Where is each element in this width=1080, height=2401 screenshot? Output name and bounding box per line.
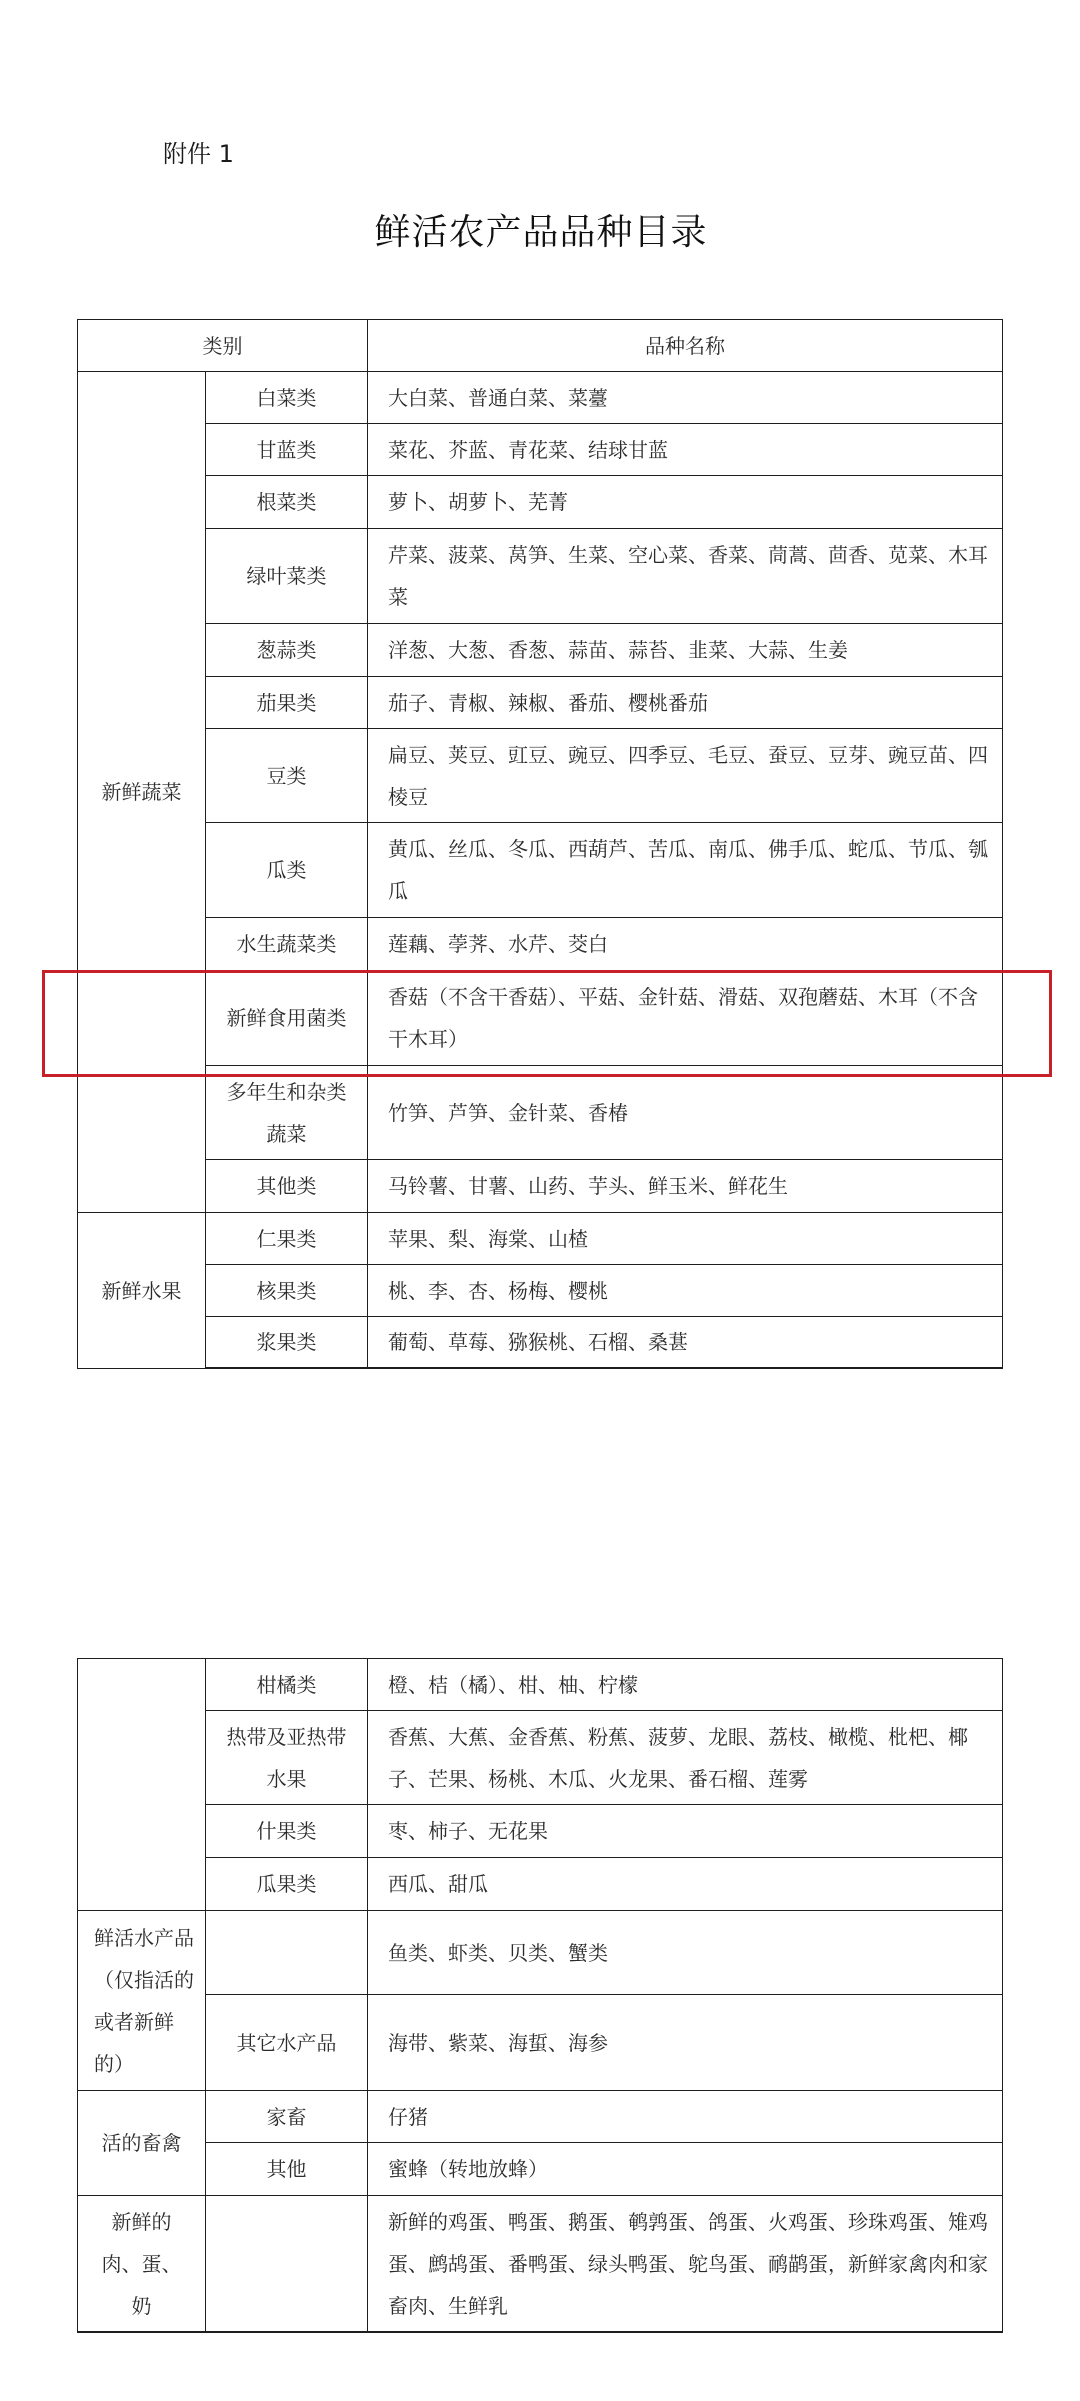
subcategory-label: 绿叶菜类 bbox=[247, 555, 327, 597]
subcategory-cell: 葱蒜类 bbox=[205, 623, 368, 677]
varieties-text: 莲藕、荸荠、水芹、茭白 bbox=[388, 923, 608, 965]
varieties-text: 洋葱、大葱、香葱、蒜苗、蒜苔、韭菜、大蒜、生姜 bbox=[388, 629, 848, 671]
varieties-cell: 扁豆、荚豆、豇豆、豌豆、四季豆、毛豆、蚕豆、豆芽、豌豆苗、四棱豆 bbox=[367, 728, 1003, 823]
subcategory-cell: 核果类 bbox=[205, 1264, 368, 1317]
subcategory-label: 白菜类 bbox=[257, 377, 317, 419]
varieties-cell-mushrooms: 香菇（不含干香菇）、平菇、金针菇、滑菇、双孢蘑菇、木耳（不含干木耳） bbox=[367, 970, 1003, 1066]
varieties-cell: 桃、李、杏、杨梅、樱桃 bbox=[367, 1264, 1003, 1317]
varieties-text: 香蕉、大蕉、金香蕉、粉蕉、菠萝、龙眼、荔枝、橄榄、枇杷、椰子、芒果、杨桃、木瓜、… bbox=[388, 1716, 994, 1800]
subcategory-cell: 其他 bbox=[205, 2142, 368, 2196]
varieties-text: 香菇（不含干香菇）、平菇、金针菇、滑菇、双孢蘑菇、木耳（不含干木耳） bbox=[388, 976, 994, 1060]
category-label: 活的畜禽 bbox=[102, 2122, 182, 2164]
category-label: 新鲜蔬菜 bbox=[102, 771, 182, 813]
catalog-table-page-2: 柑橘类 橙、桔（橘）、柑、柚、柠檬 热带及亚热带水果 香蕉、大蕉、金香蕉、粉蕉、… bbox=[77, 1658, 1003, 2333]
varieties-text: 萝卜、胡萝卜、芜菁 bbox=[388, 481, 568, 523]
subcategory-label: 水生蔬菜类 bbox=[237, 923, 337, 965]
category-cell-vegetables: 新鲜蔬菜 bbox=[77, 371, 206, 1213]
varieties-text: 西瓜、甜瓜 bbox=[388, 1863, 488, 1905]
catalog-table-page-1: 类别 品种名称 新鲜蔬菜 白菜类 大白菜、普通白菜、菜薹 甘蓝类 菜花、芥蓝、青… bbox=[77, 319, 1003, 1369]
varieties-cell: 葡萄、草莓、猕猴桃、石榴、桑葚 bbox=[367, 1316, 1003, 1369]
varieties-cell: 蜜蜂（转地放蜂） bbox=[367, 2142, 1003, 2196]
varieties-text: 茄子、青椒、辣椒、番茄、樱桃番茄 bbox=[388, 682, 708, 724]
varieties-text: 海带、紫菜、海蜇、海参 bbox=[388, 2022, 608, 2064]
varieties-text: 黄瓜、丝瓜、冬瓜、西葫芦、苦瓜、南瓜、佛手瓜、蛇瓜、节瓜、瓠瓜 bbox=[388, 828, 994, 912]
subcategory-label: 家畜 bbox=[267, 2096, 307, 2138]
varieties-text: 竹笋、芦笋、金针菜、香椿 bbox=[388, 1092, 628, 1134]
subcategory-cell: 瓜类 bbox=[205, 822, 368, 918]
varieties-text: 蜜蜂（转地放蜂） bbox=[388, 2148, 548, 2190]
varieties-text: 大白菜、普通白菜、菜薹 bbox=[388, 377, 608, 419]
subcategory-cell: 柑橘类 bbox=[205, 1658, 368, 1711]
varieties-cell: 海带、紫菜、海蜇、海参 bbox=[367, 1994, 1003, 2091]
varieties-text: 鱼类、虾类、贝类、蟹类 bbox=[388, 1932, 608, 1974]
varieties-cell: 菜花、芥蓝、青花菜、结球甘蓝 bbox=[367, 423, 1003, 476]
varieties-cell: 橙、桔（橘）、柑、柚、柠檬 bbox=[367, 1658, 1003, 1711]
category-label: 鲜活水产品（仅指活的或者新鲜的） bbox=[94, 1917, 195, 2085]
subcategory-label: 葱蒜类 bbox=[257, 629, 317, 671]
varieties-text: 扁豆、荚豆、豇豆、豌豆、四季豆、毛豆、蚕豆、豆芽、豌豆苗、四棱豆 bbox=[388, 734, 994, 818]
subcategory-label: 仁果类 bbox=[257, 1218, 317, 1260]
varieties-cell: 鱼类、虾类、贝类、蟹类 bbox=[367, 1910, 1003, 1995]
subcategory-label: 其他类 bbox=[257, 1165, 317, 1207]
header-category-label: 类别 bbox=[203, 325, 243, 367]
varieties-cell: 莲藕、荸荠、水芹、茭白 bbox=[367, 917, 1003, 971]
subcategory-cell: 其它水产品 bbox=[205, 1994, 368, 2091]
attachment-label: 附件 1 bbox=[163, 134, 234, 169]
varieties-cell: 马铃薯、甘薯、山药、芋头、鲜玉米、鲜花生 bbox=[367, 1159, 1003, 1213]
varieties-text: 桃、李、杏、杨梅、樱桃 bbox=[388, 1270, 608, 1312]
subcategory-cell: 其他类 bbox=[205, 1159, 368, 1213]
category-label: 新鲜水果 bbox=[102, 1270, 182, 1312]
subcategory-cell: 绿叶菜类 bbox=[205, 528, 368, 624]
subcategory-label: 什果类 bbox=[257, 1810, 317, 1852]
subcategory-cell: 多年生和杂类蔬菜 bbox=[205, 1065, 368, 1160]
varieties-text: 橙、桔（橘）、柑、柚、柠檬 bbox=[388, 1664, 638, 1706]
subcategory-label: 豆类 bbox=[267, 755, 307, 797]
varieties-text: 菜花、芥蓝、青花菜、结球甘蓝 bbox=[388, 429, 668, 471]
varieties-cell: 芹菜、菠菜、莴笋、生菜、空心菜、香菜、茼蒿、茴香、苋菜、木耳菜 bbox=[367, 528, 1003, 624]
subcategory-cell: 什果类 bbox=[205, 1804, 368, 1858]
varieties-text: 仔猪 bbox=[388, 2096, 428, 2138]
varieties-cell: 洋葱、大葱、香葱、蒜苗、蒜苔、韭菜、大蒜、生姜 bbox=[367, 623, 1003, 677]
varieties-cell: 大白菜、普通白菜、菜薹 bbox=[367, 371, 1003, 424]
subcategory-label: 柑橘类 bbox=[257, 1664, 317, 1706]
subcategory-label: 瓜果类 bbox=[257, 1863, 317, 1905]
varieties-cell: 黄瓜、丝瓜、冬瓜、西葫芦、苦瓜、南瓜、佛手瓜、蛇瓜、节瓜、瓠瓜 bbox=[367, 822, 1003, 918]
header-varieties-label: 品种名称 bbox=[645, 325, 725, 367]
subcategory-label: 多年生和杂类蔬菜 bbox=[218, 1071, 355, 1155]
varieties-cell: 竹笋、芦笋、金针菜、香椿 bbox=[367, 1065, 1003, 1160]
subcategory-label: 茄果类 bbox=[257, 682, 317, 724]
header-category: 类别 bbox=[77, 319, 368, 372]
category-label: 新鲜的肉、蛋、奶 bbox=[100, 2201, 183, 2327]
category-cell-meat-eggs-milk: 新鲜的肉、蛋、奶 bbox=[77, 2195, 206, 2333]
subcategory-cell: 根菜类 bbox=[205, 475, 368, 529]
varieties-cell: 新鲜的鸡蛋、鸭蛋、鹅蛋、鹌鹑蛋、鸽蛋、火鸡蛋、珍珠鸡蛋、雉鸡蛋、鹧鸪蛋、番鸭蛋、… bbox=[367, 2195, 1003, 2333]
subcategory-label: 瓜类 bbox=[267, 849, 307, 891]
subcategory-label: 新鲜食用菌类 bbox=[227, 997, 347, 1039]
subcategory-cell: 热带及亚热带水果 bbox=[205, 1710, 368, 1805]
varieties-cell: 枣、柿子、无花果 bbox=[367, 1804, 1003, 1858]
varieties-cell: 茄子、青椒、辣椒、番茄、樱桃番茄 bbox=[367, 676, 1003, 729]
varieties-text: 苹果、梨、海棠、山楂 bbox=[388, 1218, 588, 1260]
subcategory-label: 根菜类 bbox=[257, 481, 317, 523]
subcategory-cell: 豆类 bbox=[205, 728, 368, 823]
subcategory-label: 其他 bbox=[267, 2148, 307, 2190]
subcategory-label: 其它水产品 bbox=[237, 2022, 337, 2064]
category-cell-livestock: 活的畜禽 bbox=[77, 2090, 206, 2196]
subcategory-cell: 茄果类 bbox=[205, 676, 368, 729]
varieties-text: 新鲜的鸡蛋、鸭蛋、鹅蛋、鹌鹑蛋、鸽蛋、火鸡蛋、珍珠鸡蛋、雉鸡蛋、鹧鸪蛋、番鸭蛋、… bbox=[388, 2201, 994, 2327]
varieties-cell: 西瓜、甜瓜 bbox=[367, 1857, 1003, 1911]
subcategory-cell: 水生蔬菜类 bbox=[205, 917, 368, 971]
subcategory-cell: 甘蓝类 bbox=[205, 423, 368, 476]
subcategory-label: 热带及亚热带水果 bbox=[218, 1716, 355, 1800]
header-varieties: 品种名称 bbox=[367, 319, 1003, 372]
varieties-cell: 萝卜、胡萝卜、芜菁 bbox=[367, 475, 1003, 529]
subcategory-cell bbox=[205, 2195, 368, 2333]
subcategory-cell: 家畜 bbox=[205, 2090, 368, 2143]
subcategory-cell bbox=[205, 1910, 368, 1995]
subcategory-cell: 仁果类 bbox=[205, 1212, 368, 1265]
subcategory-label: 甘蓝类 bbox=[257, 429, 317, 471]
category-cell-fruits: 新鲜水果 bbox=[77, 1212, 206, 1369]
varieties-text: 葡萄、草莓、猕猴桃、石榴、桑葚 bbox=[388, 1321, 688, 1363]
subcategory-label: 核果类 bbox=[257, 1270, 317, 1312]
subcategory-label: 浆果类 bbox=[257, 1321, 317, 1363]
varieties-text: 马铃薯、甘薯、山药、芋头、鲜玉米、鲜花生 bbox=[388, 1165, 788, 1207]
varieties-text: 枣、柿子、无花果 bbox=[388, 1810, 548, 1852]
category-cell-fruits-continued bbox=[77, 1658, 206, 1911]
subcategory-cell-mushrooms: 新鲜食用菌类 bbox=[205, 970, 368, 1066]
category-cell-aquatic: 鲜活水产品（仅指活的或者新鲜的） bbox=[77, 1910, 206, 2091]
subcategory-cell: 浆果类 bbox=[205, 1316, 368, 1369]
varieties-text: 芹菜、菠菜、莴笋、生菜、空心菜、香菜、茼蒿、茴香、苋菜、木耳菜 bbox=[388, 534, 994, 618]
subcategory-cell: 瓜果类 bbox=[205, 1857, 368, 1911]
subcategory-cell: 白菜类 bbox=[205, 371, 368, 424]
varieties-cell: 香蕉、大蕉、金香蕉、粉蕉、菠萝、龙眼、荔枝、橄榄、枇杷、椰子、芒果、杨桃、木瓜、… bbox=[367, 1710, 1003, 1805]
varieties-cell: 苹果、梨、海棠、山楂 bbox=[367, 1212, 1003, 1265]
varieties-cell: 仔猪 bbox=[367, 2090, 1003, 2143]
page-title: 鲜活农产品品种目录 bbox=[0, 204, 1080, 255]
